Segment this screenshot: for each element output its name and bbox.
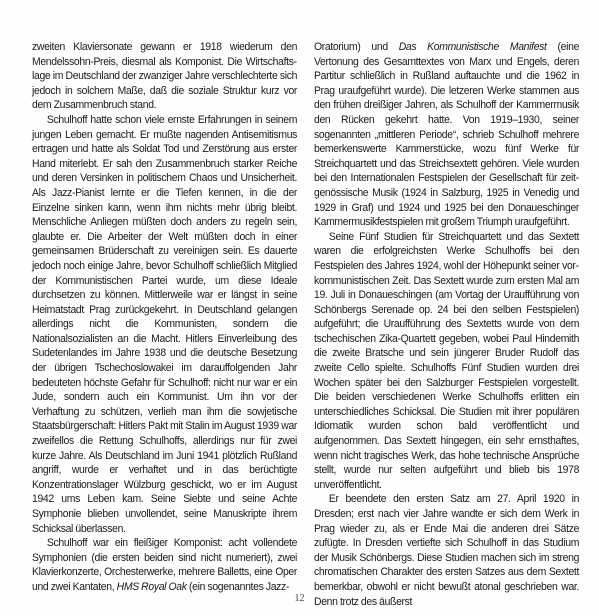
page-number: 12 (0, 593, 599, 604)
work-title-kommunistische-manifest: Das Kommunistische Manifest (399, 41, 547, 53)
paragraph-right-1-text-a: Oratorium) und (314, 41, 399, 53)
left-column: zweiten Klaviersonate gewann er 1918 wie… (32, 40, 297, 595)
right-column: Oratorium) und Das Kommunistische Manife… (314, 40, 579, 609)
paragraph-right-3: Er beendete den ersten Satz am 27. April… (314, 492, 579, 609)
paragraph-right-1: Oratorium) und Das Kommunistische Manife… (314, 40, 579, 230)
document-page: zweiten Klaviersonate gewann er 1918 wie… (0, 0, 599, 616)
paragraph-right-2: Seine Fünf Studien für Streichquartett u… (314, 230, 579, 493)
paragraph-right-1-text-b: (eine Vertonung des Gesamttextes von Mar… (314, 41, 579, 228)
work-title-hms-royal-oak: HMS Royal Oak (117, 581, 187, 593)
paragraph-left-2: Schulhoff hatte schon viele ernste Erfah… (32, 113, 297, 536)
paragraph-left-3-text-b: (ein sogenanntes Jazz- (187, 581, 289, 593)
paragraph-left-3: Schulhoff war ein fleißiger Komponist: a… (32, 536, 297, 594)
paragraph-left-1: zweiten Klaviersonate gewann er 1918 wie… (32, 40, 297, 113)
